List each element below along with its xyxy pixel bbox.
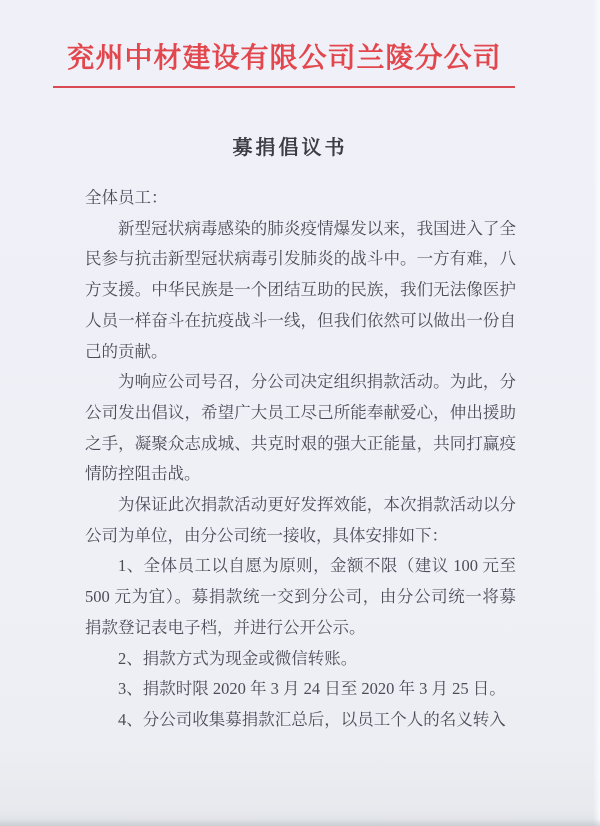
paragraph: 为响应公司号召，分公司决定组织捐款活动。为此，分公司发出倡议，希望广大员工尽己所…: [85, 367, 516, 490]
document-body: 全体员工： 新型冠状病毒感染的肺炎疫情爆发以来，我国进入了全民参与抗击新型冠状病…: [85, 183, 516, 736]
paragraph: 新型冠状病毒感染的肺炎疫情爆发以来，我国进入了全民参与抗击新型冠状病毒引发肺炎的…: [85, 214, 516, 368]
header-divider: [53, 86, 515, 88]
paragraph: 3、捐款时限 2020 年 3 月 24 日至 2020 年 3 月 25 日。: [85, 674, 516, 705]
scan-bottom-edge: [0, 819, 600, 826]
paragraph: 为保证此次捐款活动更好发挥效能，本次捐款活动以分公司为单位，由分公司统一接收，具…: [85, 490, 516, 551]
scan-right-edge: [593, 0, 600, 826]
paragraph-list: 新型冠状病毒感染的肺炎疫情爆发以来，我国进入了全民参与抗击新型冠状病毒引发肺炎的…: [85, 214, 516, 736]
company-name: 兖州中材建设有限公司兰陵分公司: [0, 36, 568, 76]
paragraph: 2、捐款方式为现金或微信转账。: [85, 644, 516, 675]
document-page: 兖州中材建设有限公司兰陵分公司 募捐倡议书 全体员工： 新型冠状病毒感染的肺炎疫…: [0, 0, 600, 826]
salutation: 全体员工：: [85, 183, 516, 214]
paragraph: 4、分公司收集募捐款汇总后，以员工个人的名义转入: [85, 705, 516, 736]
paragraph: 1、全体员工以自愿为原则，金额不限（建议 100 元至 500 元为宜）。募捐款…: [85, 551, 516, 643]
document-title: 募捐倡议书: [0, 131, 580, 160]
